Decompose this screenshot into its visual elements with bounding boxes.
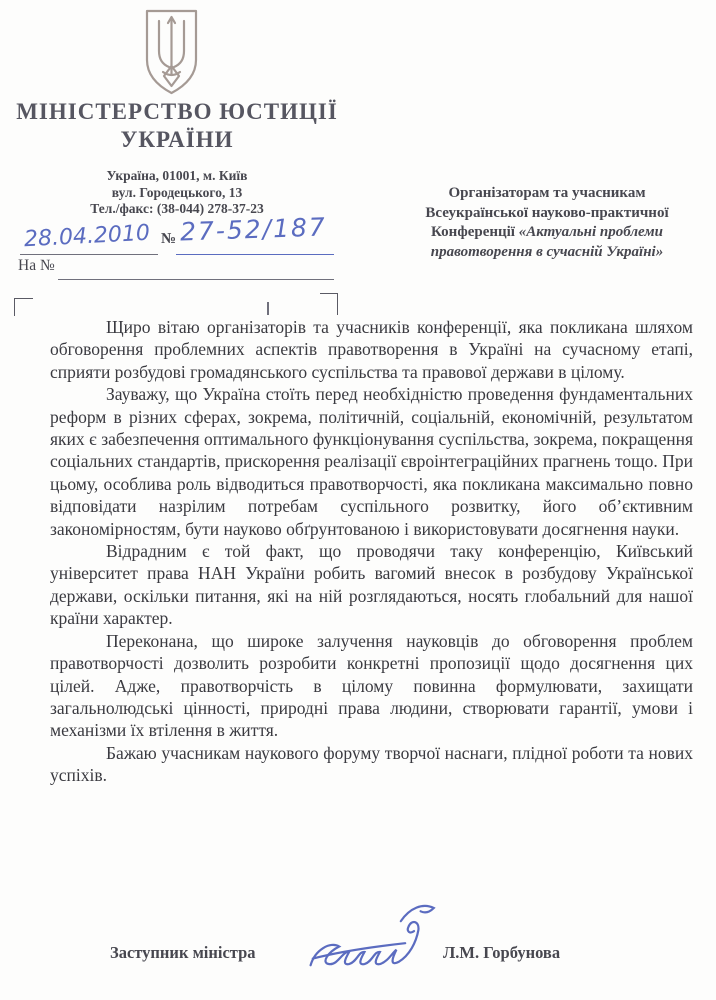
- ukraine-trident-emblem-icon: [143, 8, 200, 96]
- letter-page: МІНІСТЕРСТВО ЮСТИЦІЇ УКРАЇНИ Україна, 01…: [0, 0, 716, 1000]
- paragraph-reforms: Зауважу, що Україна стоїть перед необхід…: [50, 383, 693, 540]
- paragraph-greeting: Щиро вітаю організаторів та учасників ко…: [50, 316, 693, 383]
- recipient-line2: Всеукраїнської науково-практичної: [383, 204, 711, 224]
- reply-number-underline: [58, 279, 334, 280]
- ministry-name-line1: МІНІСТЕРСТВО ЮСТИЦІЇ: [12, 98, 342, 126]
- handwritten-date: 28.04.2010: [23, 221, 150, 253]
- recipient-line3: Конференції «Актуальні проблеми: [383, 223, 711, 243]
- crop-mark-left: [14, 298, 33, 316]
- signer-position: Заступник міністра: [110, 943, 256, 963]
- paragraph-university: Відрадним є той факт, що проводячи таку …: [50, 540, 693, 630]
- fold-mark: [267, 302, 269, 315]
- number-label: №: [161, 231, 176, 248]
- handwritten-number: 27-52/187: [180, 212, 328, 246]
- letter-body: Щиро вітаю організаторів та учасників ко…: [50, 316, 693, 787]
- handwritten-signature: [303, 897, 448, 985]
- recipient-line3-prefix: Конференції: [431, 224, 519, 240]
- recipient-line1: Організаторам та учасникам: [383, 184, 711, 204]
- address-street-line: вул. Городецького, 13: [12, 185, 342, 202]
- recipient-block: Організаторам та учасникам Всеукраїнсько…: [383, 184, 711, 262]
- address-city-line: Україна, 01001, м. Київ: [12, 168, 342, 185]
- signer-name: Л.М. Горбунова: [443, 943, 560, 963]
- ministry-address: Україна, 01001, м. Київ вул. Городецьког…: [12, 168, 342, 218]
- recipient-conference-title-part1: «Актуальні проблеми: [519, 224, 663, 240]
- recipient-conference-title-part2: правотворення в сучасній Україні»: [383, 243, 711, 263]
- ministry-name: МІНІСТЕРСТВО ЮСТИЦІЇ УКРАЇНИ: [12, 98, 342, 154]
- reply-number-label: На №: [18, 257, 55, 275]
- paragraph-proposals: Переконана, що широке залучення науковці…: [50, 630, 693, 742]
- date-underline: [20, 254, 158, 255]
- number-underline: [176, 254, 334, 255]
- ministry-name-line2: УКРАЇНИ: [12, 126, 342, 154]
- crop-mark-right: [320, 293, 338, 315]
- paragraph-wishes: Бажаю учасникам наукового форуму творчої…: [50, 742, 693, 787]
